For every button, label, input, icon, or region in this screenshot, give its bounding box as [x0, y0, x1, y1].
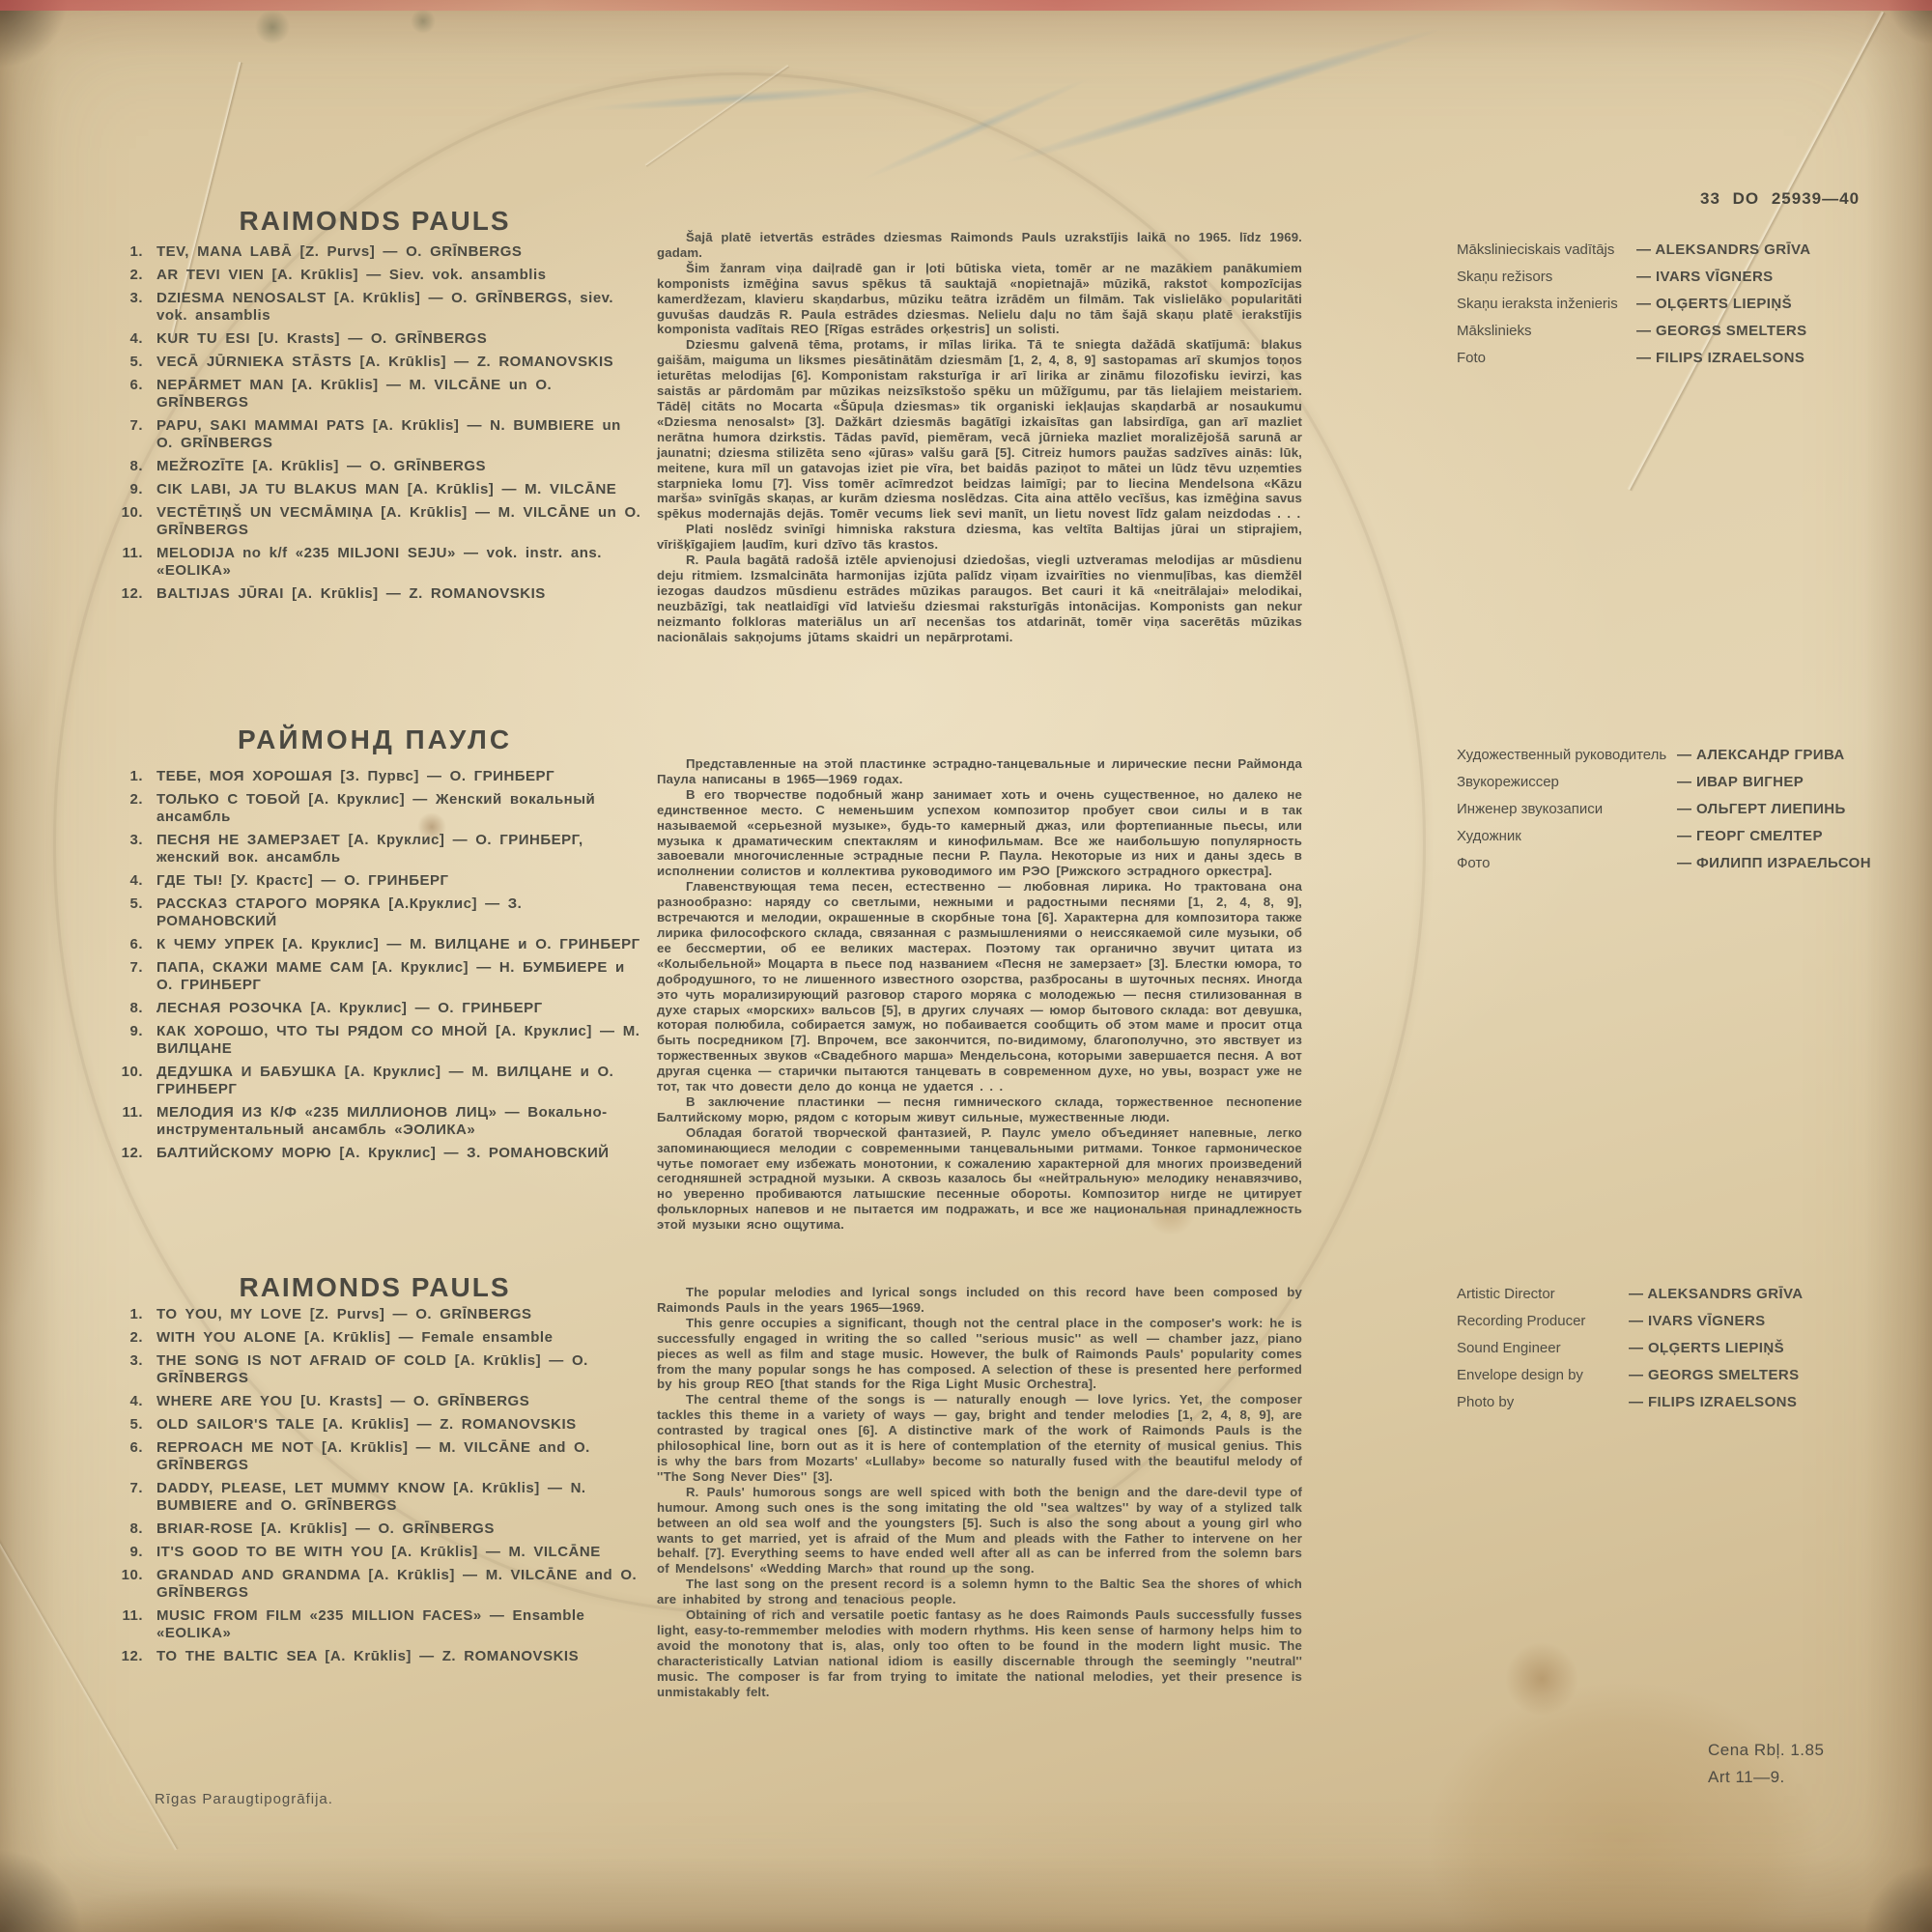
- track-item: 5. OLD SAILOR'S TALE [A. Krūklis] — Z. R…: [108, 1416, 641, 1434]
- credit-label: Artistic Director: [1457, 1286, 1629, 1303]
- price-line: Cena Rbļ. 1.85: [1708, 1737, 1824, 1764]
- track-item: 6. К ЧЕМУ УПРЕК [А. Круклис] — М. ВИЛЦАН…: [108, 936, 641, 953]
- track-title: TO YOU, MY LOVE [Z. Purvs] — O. GRĪNBERG…: [156, 1306, 641, 1323]
- track-item: 3. DZIESMA NENOSALST [A. Krūklis] — O. G…: [108, 290, 641, 325]
- credit-row: Художественный руководитель — АЛЕКСАНДР …: [1457, 747, 1893, 764]
- credit-label: Foto: [1457, 350, 1636, 367]
- track-number: 3.: [108, 1352, 143, 1387]
- liner-notes-paragraph: В заключение пластинки — песня гимническ…: [657, 1094, 1302, 1125]
- liner-notes-paragraph: Dziesmu galvenā tēma, protams, ir mīlas …: [657, 337, 1302, 522]
- track-item: 6. NEPĀRMET MAN [A. Krūklis] — M. VILCĀN…: [108, 377, 641, 412]
- track-number: 11.: [108, 545, 143, 580]
- track-title: ТЕБЕ, МОЯ ХОРОШАЯ [З. Пурвс] — О. ГРИНБЕ…: [156, 768, 641, 785]
- liner-notes-paragraph: Обладая богатой творческой фантазией, Р.…: [657, 1125, 1302, 1233]
- track-number: 4.: [108, 330, 143, 348]
- price-block: Cena Rbļ. 1.85 Art 11—9.: [1708, 1737, 1824, 1791]
- section-heading: RAIMONDS PAULS: [108, 1272, 641, 1303]
- track-number: 9.: [108, 1544, 143, 1561]
- credit-label: Звукорежиссер: [1457, 774, 1677, 791]
- track-item: 5. VECĀ JŪRNIEKA STĀSTS [A. Krūklis] — Z…: [108, 354, 641, 371]
- track-title: DADDY, PLEASE, LET MUMMY KNOW [A. Krūkli…: [156, 1480, 641, 1515]
- credit-value: — FILIPS IZRAELSONS: [1629, 1394, 1797, 1411]
- track-list: 1. TEV, MANA LABĀ [Z. Purvs] — O. GRĪNBE…: [108, 243, 641, 609]
- credit-row: Photo by — FILIPS IZRAELSONS: [1457, 1394, 1893, 1411]
- track-item: 7. DADDY, PLEASE, LET MUMMY KNOW [A. Krū…: [108, 1480, 641, 1515]
- track-number: 4.: [108, 872, 143, 890]
- credits-list: Художественный руководитель — АЛЕКСАНДР …: [1457, 747, 1893, 882]
- liner-notes-paragraph: Главенствующая тема песен, естественно —…: [657, 879, 1302, 1094]
- track-title: WITH YOU ALONE [A. Krūklis] — Female ens…: [156, 1329, 641, 1347]
- track-title: ДЕДУШКА И БАБУШКА [А. Круклис] — М. ВИЛЦ…: [156, 1064, 641, 1098]
- track-title: ЛЕСНАЯ РОЗОЧКА [А. Круклис] — О. ГРИНБЕР…: [156, 1000, 641, 1017]
- track-title: РАССКАЗ СТАРОГО МОРЯКА [А.Круклис] — З. …: [156, 895, 641, 930]
- track-title: VECĀ JŪRNIEKA STĀSTS [A. Krūklis] — Z. R…: [156, 354, 641, 371]
- printer-imprint: Rīgas Paraugtipogrāfija.: [155, 1791, 333, 1807]
- liner-notes-paragraph: В его творчестве подобный жанр занимает …: [657, 787, 1302, 879]
- credit-row: Skaņu režisors — IVARS VĪGNERS: [1457, 269, 1893, 286]
- track-item: 2. WITH YOU ALONE [A. Krūklis] — Female …: [108, 1329, 641, 1347]
- credit-label: Recording Producer: [1457, 1313, 1629, 1330]
- credit-row: Recording Producer — IVARS VĪGNERS: [1457, 1313, 1893, 1330]
- credit-label: Photo by: [1457, 1394, 1629, 1411]
- credit-row: Инженер звукозаписи — ОЛЬГЕРТ ЛИЕПИНЬ: [1457, 801, 1893, 818]
- track-title: MUSIC FROM FILM «235 MILLION FACES» — En…: [156, 1607, 641, 1642]
- credit-row: Skaņu ieraksta inženieris — OĻĢERTS LIEP…: [1457, 296, 1893, 313]
- track-number: 12.: [108, 585, 143, 603]
- track-number: 2.: [108, 267, 143, 284]
- liner-notes-paragraph: The popular melodies and lyrical songs i…: [657, 1285, 1302, 1316]
- liner-notes: Šajā platē ietvertās estrādes dziesmas R…: [657, 230, 1302, 644]
- red-cover-edge: [0, 0, 1932, 11]
- track-number: 6.: [108, 936, 143, 953]
- track-item: 4. ГДЕ ТЫ! [У. Крастс] — О. ГРИНБЕРГ: [108, 872, 641, 890]
- track-title: МЕЛОДИЯ ИЗ К/Ф «235 МИЛЛИОНОВ ЛИЦ» — Вок…: [156, 1104, 641, 1139]
- track-item: 12. TO THE BALTIC SEA [A. Krūklis] — Z. …: [108, 1648, 641, 1665]
- track-item: 8. ЛЕСНАЯ РОЗОЧКА [А. Круклис] — О. ГРИН…: [108, 1000, 641, 1017]
- credit-label: Фото: [1457, 855, 1677, 872]
- credit-row: Звукорежиссер — ИВАР ВИГНЕР: [1457, 774, 1893, 791]
- credit-row: Mākslinieks — GEORGS SMELTERS: [1457, 323, 1893, 340]
- track-number: 1.: [108, 1306, 143, 1323]
- liner-notes-paragraph: The central theme of the songs is — natu…: [657, 1392, 1302, 1484]
- track-number: 6.: [108, 377, 143, 412]
- track-item: 3. THE SONG IS NOT AFRAID OF COLD [A. Kr…: [108, 1352, 641, 1387]
- track-list: 1. ТЕБЕ, МОЯ ХОРОШАЯ [З. Пурвс] — О. ГРИ…: [108, 768, 641, 1168]
- track-number: 8.: [108, 1000, 143, 1017]
- credit-value: — IVARS VĪGNERS: [1629, 1313, 1766, 1330]
- credits-list: Mākslinieciskais vadītājs — ALEKSANDRS G…: [1457, 241, 1893, 377]
- track-number: 2.: [108, 791, 143, 826]
- track-number: 8.: [108, 458, 143, 475]
- track-number: 6.: [108, 1439, 143, 1474]
- track-number: 11.: [108, 1607, 143, 1642]
- liner-notes-paragraph: Представленные на этой пластинке эстрадн…: [657, 756, 1302, 787]
- credit-value: — ОЛЬГЕРТ ЛИЕПИНЬ: [1677, 801, 1846, 818]
- track-item: 1. TEV, MANA LABĀ [Z. Purvs] — O. GRĪNBE…: [108, 243, 641, 261]
- track-title: ГДЕ ТЫ! [У. Крастс] — О. ГРИНБЕРГ: [156, 872, 641, 890]
- track-item: 12. BALTIJAS JŪRAI [A. Krūklis] — Z. ROM…: [108, 585, 641, 603]
- credit-value: — ALEKSANDRS GRĪVA: [1629, 1286, 1804, 1303]
- credit-value: — OĻĢERTS LIEPIŅŠ: [1629, 1340, 1784, 1357]
- credit-label: Skaņu režisors: [1457, 269, 1636, 286]
- track-list: 1. TO YOU, MY LOVE [Z. Purvs] — O. GRĪNB…: [108, 1306, 641, 1671]
- track-item: 5. РАССКАЗ СТАРОГО МОРЯКА [А.Круклис] — …: [108, 895, 641, 930]
- liner-notes-paragraph: R. Pauls' humorous songs are well spiced…: [657, 1485, 1302, 1577]
- credit-value: — GEORGS SMELTERS: [1629, 1367, 1800, 1384]
- track-number: 1.: [108, 243, 143, 261]
- track-number: 7.: [108, 417, 143, 452]
- track-number: 5.: [108, 895, 143, 930]
- liner-notes: Представленные на этой пластинке эстрадн…: [657, 756, 1302, 1233]
- track-number: 11.: [108, 1104, 143, 1139]
- credits-list: Artistic Director — ALEKSANDRS GRĪVA Rec…: [1457, 1286, 1893, 1421]
- track-title: TO THE BALTIC SEA [A. Krūklis] — Z. ROMA…: [156, 1648, 641, 1665]
- credit-label: Skaņu ieraksta inženieris: [1457, 296, 1636, 313]
- track-number: 10.: [108, 1064, 143, 1098]
- credit-row: Фото — ФИЛИПП ИЗРАЕЛЬСОН: [1457, 855, 1893, 872]
- catalog-number: 33 DO 25939—40: [1700, 189, 1860, 209]
- track-item: 4. KUR TU ESI [U. Krasts] — O. GRĪNBERGS: [108, 330, 641, 348]
- credit-value: — FILIPS IZRAELSONS: [1636, 350, 1804, 367]
- track-item: 11. MUSIC FROM FILM «235 MILLION FACES» …: [108, 1607, 641, 1642]
- track-title: AR TEVI VIEN [A. Krūklis] — Siev. vok. a…: [156, 267, 641, 284]
- track-item: 1. TO YOU, MY LOVE [Z. Purvs] — O. GRĪNB…: [108, 1306, 641, 1323]
- credit-value: — ALEKSANDRS GRĪVA: [1636, 241, 1811, 259]
- credit-label: Mākslinieks: [1457, 323, 1636, 340]
- credit-row: Mākslinieciskais vadītājs — ALEKSANDRS G…: [1457, 241, 1893, 259]
- art-number-line: Art 11—9.: [1708, 1764, 1824, 1791]
- credit-label: Mākslinieciskais vadītājs: [1457, 241, 1636, 259]
- record-sleeve-back: 33 DO 25939—40 RAIMONDS PAULS 1. TEV, MA…: [0, 0, 1932, 1932]
- liner-notes-paragraph: Obtaining of rich and versatile poetic f…: [657, 1607, 1302, 1699]
- liner-notes-paragraph: R. Paula bagātā radošā iztēle apvienojus…: [657, 553, 1302, 644]
- credit-row: Sound Engineer — OĻĢERTS LIEPIŅŠ: [1457, 1340, 1893, 1357]
- track-number: 7.: [108, 959, 143, 994]
- credit-value: — ИВАР ВИГНЕР: [1677, 774, 1804, 791]
- track-title: КАК ХОРОШО, ЧТО ТЫ РЯДОМ СО МНОЙ [А. Кру…: [156, 1023, 641, 1058]
- track-title: NEPĀRMET MAN [A. Krūklis] — M. VILCĀNE u…: [156, 377, 641, 412]
- track-item: 10. ДЕДУШКА И БАБУШКА [А. Круклис] — М. …: [108, 1064, 641, 1098]
- track-item: 8. BRIAR-ROSE [A. Krūklis] — O. GRĪNBERG…: [108, 1520, 641, 1538]
- track-item: 10. GRANDAD AND GRANDMA [A. Krūklis] — M…: [108, 1567, 641, 1602]
- track-title: GRANDAD AND GRANDMA [A. Krūklis] — M. VI…: [156, 1567, 641, 1602]
- track-title: БАЛТИЙСКОМУ МОРЮ [А. Круклис] — З. РОМАН…: [156, 1145, 641, 1162]
- liner-notes-paragraph: Plati noslēdz svinīgi himniska rakstura …: [657, 522, 1302, 553]
- credit-label: Художественный руководитель: [1457, 747, 1677, 764]
- credit-label: Инженер звукозаписи: [1457, 801, 1677, 818]
- track-title: CIK LABI, JA TU BLAKUS MAN [A. Krūklis] …: [156, 481, 641, 498]
- track-title: REPROACH ME NOT [A. Krūklis] — M. VILCĀN…: [156, 1439, 641, 1474]
- track-item: 9. IT'S GOOD TO BE WITH YOU [A. Krūklis]…: [108, 1544, 641, 1561]
- track-item: 8. MEŽROZĪTE [A. Krūklis] — O. GRĪNBERGS: [108, 458, 641, 475]
- track-number: 9.: [108, 1023, 143, 1058]
- liner-notes: The popular melodies and lyrical songs i…: [657, 1285, 1302, 1699]
- credit-label: Envelope design by: [1457, 1367, 1629, 1384]
- track-number: 3.: [108, 290, 143, 325]
- track-number: 12.: [108, 1145, 143, 1162]
- track-title: VECTĒTIŅŠ UN VECMĀMIŅA [A. Krūklis] — M.…: [156, 504, 641, 539]
- track-item: 9. CIK LABI, JA TU BLAKUS MAN [A. Krūkli…: [108, 481, 641, 498]
- credit-value: — АЛЕКСАНДР ГРИВА: [1677, 747, 1845, 764]
- track-item: 2. ТОЛЬКО С ТОБОЙ [А. Круклис] — Женский…: [108, 791, 641, 826]
- section-heading: РАЙМОНД ПАУЛС: [108, 724, 641, 755]
- track-item: 3. ПЕСНЯ НЕ ЗАМЕРЗАЕТ [А. Круклис] — О. …: [108, 832, 641, 867]
- track-item: 7. PAPU, SAKI MAMMAI PATS [A. Krūklis] —…: [108, 417, 641, 452]
- credit-row: Художник — ГЕОРГ СМЕЛТЕР: [1457, 828, 1893, 845]
- track-number: 5.: [108, 354, 143, 371]
- track-title: BALTIJAS JŪRAI [A. Krūklis] — Z. ROMANOV…: [156, 585, 641, 603]
- track-title: MEŽROZĪTE [A. Krūklis] — O. GRĪNBERGS: [156, 458, 641, 475]
- track-title: ПАПА, СКАЖИ МАМЕ САМ [А. Круклис] — Н. Б…: [156, 959, 641, 994]
- track-title: WHERE ARE YOU [U. Krasts] — O. GRĪNBERGS: [156, 1393, 641, 1410]
- credit-value: — ГЕОРГ СМЕЛТЕР: [1677, 828, 1823, 845]
- section-heading: RAIMONDS PAULS: [108, 206, 641, 237]
- track-number: 5.: [108, 1416, 143, 1434]
- track-number: 3.: [108, 832, 143, 867]
- credit-value: — ФИЛИПП ИЗРАЕЛЬСОН: [1677, 855, 1871, 872]
- credit-row: Foto — FILIPS IZRAELSONS: [1457, 350, 1893, 367]
- track-item: 4. WHERE ARE YOU [U. Krasts] — O. GRĪNBE…: [108, 1393, 641, 1410]
- track-title: DZIESMA NENOSALST [A. Krūklis] — O. GRĪN…: [156, 290, 641, 325]
- credit-value: — GEORGS SMELTERS: [1636, 323, 1807, 340]
- track-item: 7. ПАПА, СКАЖИ МАМЕ САМ [А. Круклис] — Н…: [108, 959, 641, 994]
- track-number: 2.: [108, 1329, 143, 1347]
- track-title: К ЧЕМУ УПРЕК [А. Круклис] — М. ВИЛЦАНЕ и…: [156, 936, 641, 953]
- track-title: ТОЛЬКО С ТОБОЙ [А. Круклис] — Женский во…: [156, 791, 641, 826]
- credit-row: Envelope design by — GEORGS SMELTERS: [1457, 1367, 1893, 1384]
- track-title: IT'S GOOD TO BE WITH YOU [A. Krūklis] — …: [156, 1544, 641, 1561]
- track-number: 12.: [108, 1648, 143, 1665]
- credit-value: — OĻĢERTS LIEPIŅŠ: [1636, 296, 1792, 313]
- track-item: 9. КАК ХОРОШО, ЧТО ТЫ РЯДОМ СО МНОЙ [А. …: [108, 1023, 641, 1058]
- track-item: 12. БАЛТИЙСКОМУ МОРЮ [А. Круклис] — З. Р…: [108, 1145, 641, 1162]
- track-title: PAPU, SAKI MAMMAI PATS [A. Krūklis] — N.…: [156, 417, 641, 452]
- track-number: 8.: [108, 1520, 143, 1538]
- track-number: 4.: [108, 1393, 143, 1410]
- track-item: 11. MELODIJA no k/f «235 MILJONI SEJU» —…: [108, 545, 641, 580]
- credit-row: Artistic Director — ALEKSANDRS GRĪVA: [1457, 1286, 1893, 1303]
- credit-value: — IVARS VĪGNERS: [1636, 269, 1774, 286]
- track-number: 9.: [108, 481, 143, 498]
- liner-notes-paragraph: The last song on the present record is a…: [657, 1577, 1302, 1607]
- track-item: 6. REPROACH ME NOT [A. Krūklis] — M. VIL…: [108, 1439, 641, 1474]
- liner-notes-paragraph: Šajā platē ietvertās estrādes dziesmas R…: [657, 230, 1302, 261]
- track-title: BRIAR-ROSE [A. Krūklis] — O. GRĪNBERGS: [156, 1520, 641, 1538]
- liner-notes-paragraph: This genre occupies a significant, thoug…: [657, 1316, 1302, 1393]
- track-title: KUR TU ESI [U. Krasts] — O. GRĪNBERGS: [156, 330, 641, 348]
- credit-label: Sound Engineer: [1457, 1340, 1629, 1357]
- liner-notes-paragraph: Šim žanram viņa daiļradē gan ir ļoti būt…: [657, 261, 1302, 338]
- track-title: THE SONG IS NOT AFRAID OF COLD [A. Krūkl…: [156, 1352, 641, 1387]
- track-item: 1. ТЕБЕ, МОЯ ХОРОШАЯ [З. Пурвс] — О. ГРИ…: [108, 768, 641, 785]
- track-item: 10. VECTĒTIŅŠ UN VECMĀMIŅA [A. Krūklis] …: [108, 504, 641, 539]
- track-number: 10.: [108, 504, 143, 539]
- track-title: OLD SAILOR'S TALE [A. Krūklis] — Z. ROMA…: [156, 1416, 641, 1434]
- track-title: ПЕСНЯ НЕ ЗАМЕРЗАЕТ [А. Круклис] — О. ГРИ…: [156, 832, 641, 867]
- credit-label: Художник: [1457, 828, 1677, 845]
- track-item: 11. МЕЛОДИЯ ИЗ К/Ф «235 МИЛЛИОНОВ ЛИЦ» —…: [108, 1104, 641, 1139]
- track-number: 1.: [108, 768, 143, 785]
- track-title: TEV, MANA LABĀ [Z. Purvs] — O. GRĪNBERGS: [156, 243, 641, 261]
- track-number: 10.: [108, 1567, 143, 1602]
- track-title: MELODIJA no k/f «235 MILJONI SEJU» — vok…: [156, 545, 641, 580]
- track-number: 7.: [108, 1480, 143, 1515]
- track-item: 2. AR TEVI VIEN [A. Krūklis] — Siev. vok…: [108, 267, 641, 284]
